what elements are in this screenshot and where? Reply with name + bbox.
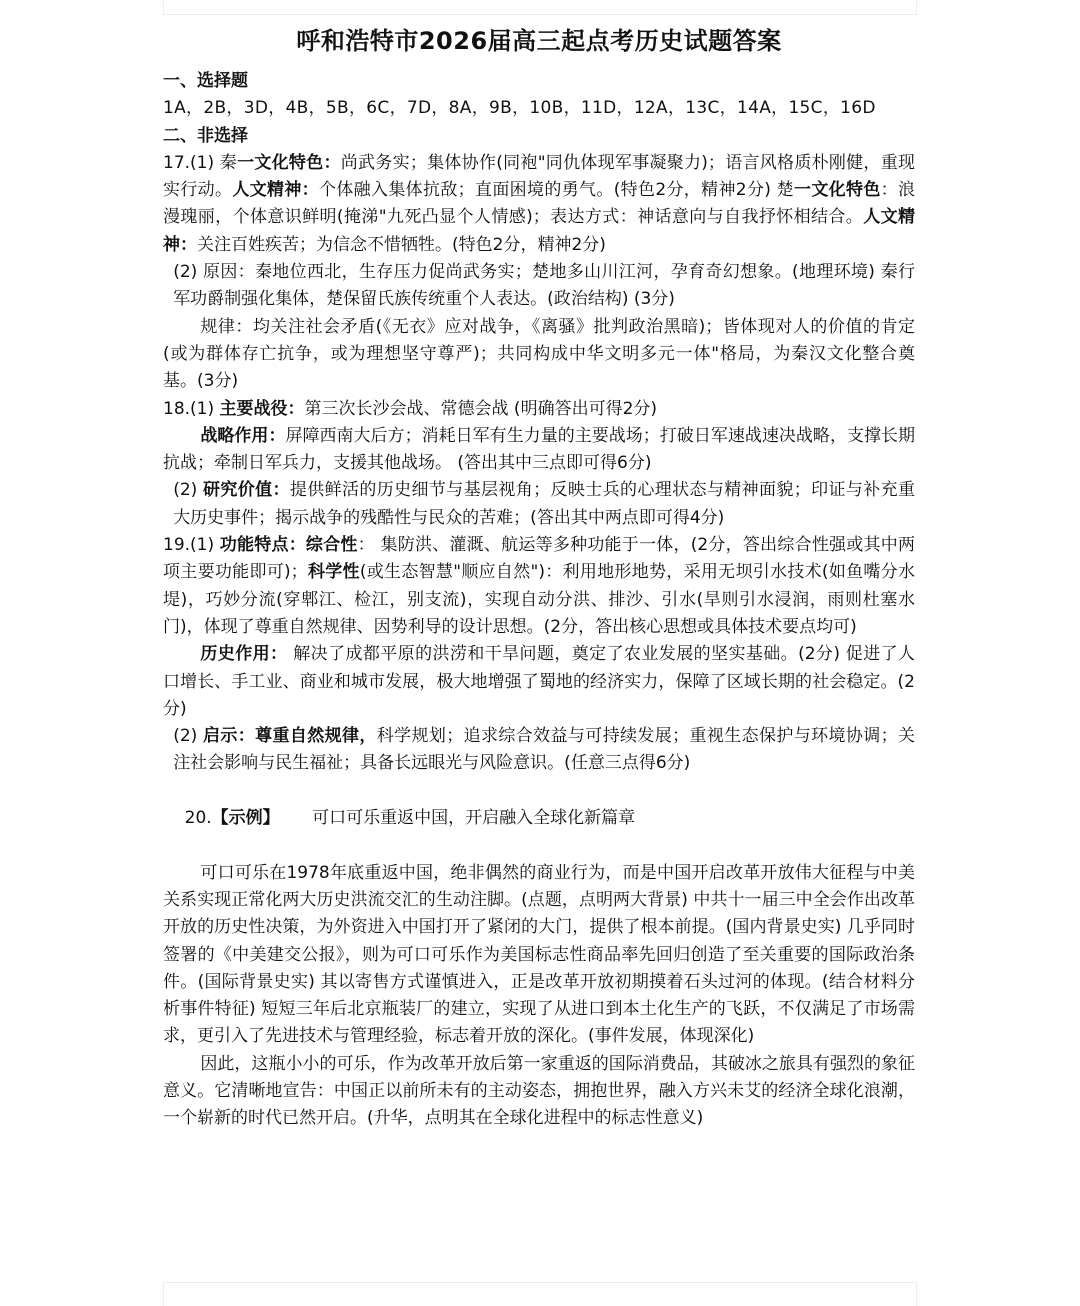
- q18-strategic-label: 战略作用：: [200, 426, 285, 446]
- q19-label: 19.(1): [163, 535, 220, 555]
- q17-qin-spirit-label: 人文精神：: [232, 180, 319, 200]
- q20-label: 20.: [185, 808, 212, 828]
- q20-conclusion: 因此，这瓶小小的可乐，作为改革开放后第一家重返的国际消费品，其破冰之旅具有强烈的…: [163, 1051, 915, 1133]
- q19-part2-label: (2): [173, 726, 203, 746]
- q19-scientific-label: 科学性: [308, 562, 360, 582]
- q18-part2: (2) 研究价值：提供鲜活的历史细节与基层视角；反映士兵的心理状态与精神面貌；印…: [163, 477, 915, 532]
- q18-battles-text: 第三次长沙会战、常德会战 (明确答出可得2分): [305, 399, 657, 419]
- q19-insight-label: 启示：尊重自然规律，: [203, 726, 377, 746]
- answer-document: 呼和浩特市2026届高三起点考历史试题答案 一、选择题 1A，2B，3D，4B，…: [163, 24, 915, 1133]
- q17-qin-culture-label: 一文化特色：: [237, 153, 341, 173]
- q20-body: 可口可乐在1978年底重返中国，绝非偶然的商业行为，而是中国开启改革开放伟大征程…: [163, 860, 915, 1051]
- q20-essay-title: 可口可乐重返中国，开启融入全球化新篇章: [280, 808, 635, 828]
- q20-heading: 20.【示例】 可口可乐重返中国，开启融入全球化新篇章: [163, 778, 915, 860]
- q20-example-label: 【示例】: [212, 808, 280, 828]
- q18-battles-label: 主要战役：: [220, 399, 305, 419]
- q18-part2-label: (2): [173, 480, 203, 500]
- q18-part1: 18.(1) 主要战役：第三次长沙会战、常德会战 (明确答出可得2分): [163, 396, 915, 423]
- q17-chu-culture-label: 一文化特色: [794, 180, 881, 200]
- document-title: 呼和浩特市2026届高三起点考历史试题答案: [163, 24, 915, 58]
- q17-part2-reasons: (2) 原因：秦地位西北，生存压力促尚武务实；楚地多山川江河，孕育奇幻想象。(地…: [163, 259, 915, 314]
- choice-answers: 1A，2B，3D，4B，5B，6C，7D，8A，9B，10B，11D，12A，1…: [163, 95, 915, 122]
- q19-role-label: 历史作用：: [200, 644, 287, 664]
- q17-label: 17.(1) 秦: [163, 153, 237, 173]
- q17-qin-spirit-text: 个体融入集体抗敌；直面困境的勇气。(特色2分，精神2分) 楚: [319, 180, 794, 200]
- q19-part2: (2) 启示：尊重自然规律，科学规划；追求综合效益与可持续发展；重视生态保护与环…: [163, 723, 915, 778]
- section-heading-nonchoice: 二、非选择: [163, 123, 915, 150]
- q19-part1: 19.(1) 功能特点：综合性： 集防洪、灌溉、航运等多种功能于一体，(2分，答…: [163, 532, 915, 641]
- q18-research-label: 研究价值：: [203, 480, 290, 500]
- q19-historical-role: 历史作用： 解决了成都平原的洪涝和干旱问题，奠定了农业发展的坚实基础。(2分) …: [163, 641, 915, 723]
- q17-part2-pattern: 规律：均关注社会矛盾(《无衣》应对战争，《离骚》批判政治黑暗)；皆体现对人的价值…: [163, 314, 915, 396]
- page-bottom-edge: [163, 1282, 917, 1306]
- q18-strategic-role: 战略作用：屏障西南大后方；消耗日军有生力量的主要战场；打破日军速战速决战略，支撑…: [163, 423, 915, 478]
- section-heading-choice: 一、选择题: [163, 68, 915, 95]
- q17-chu-spirit-text: 关注百姓疾苦；为信念不惜牺牲。(特色2分，精神2分): [197, 235, 606, 255]
- q17-part1: 17.(1) 秦一文化特色：尚武务实；集体协作(同袍"同仇体现军事凝聚力)；语言…: [163, 150, 915, 259]
- q19-feature-label: 功能特点：综合性: [220, 535, 358, 555]
- page-top-edge: [163, 0, 917, 15]
- q18-label: 18.(1): [163, 399, 220, 419]
